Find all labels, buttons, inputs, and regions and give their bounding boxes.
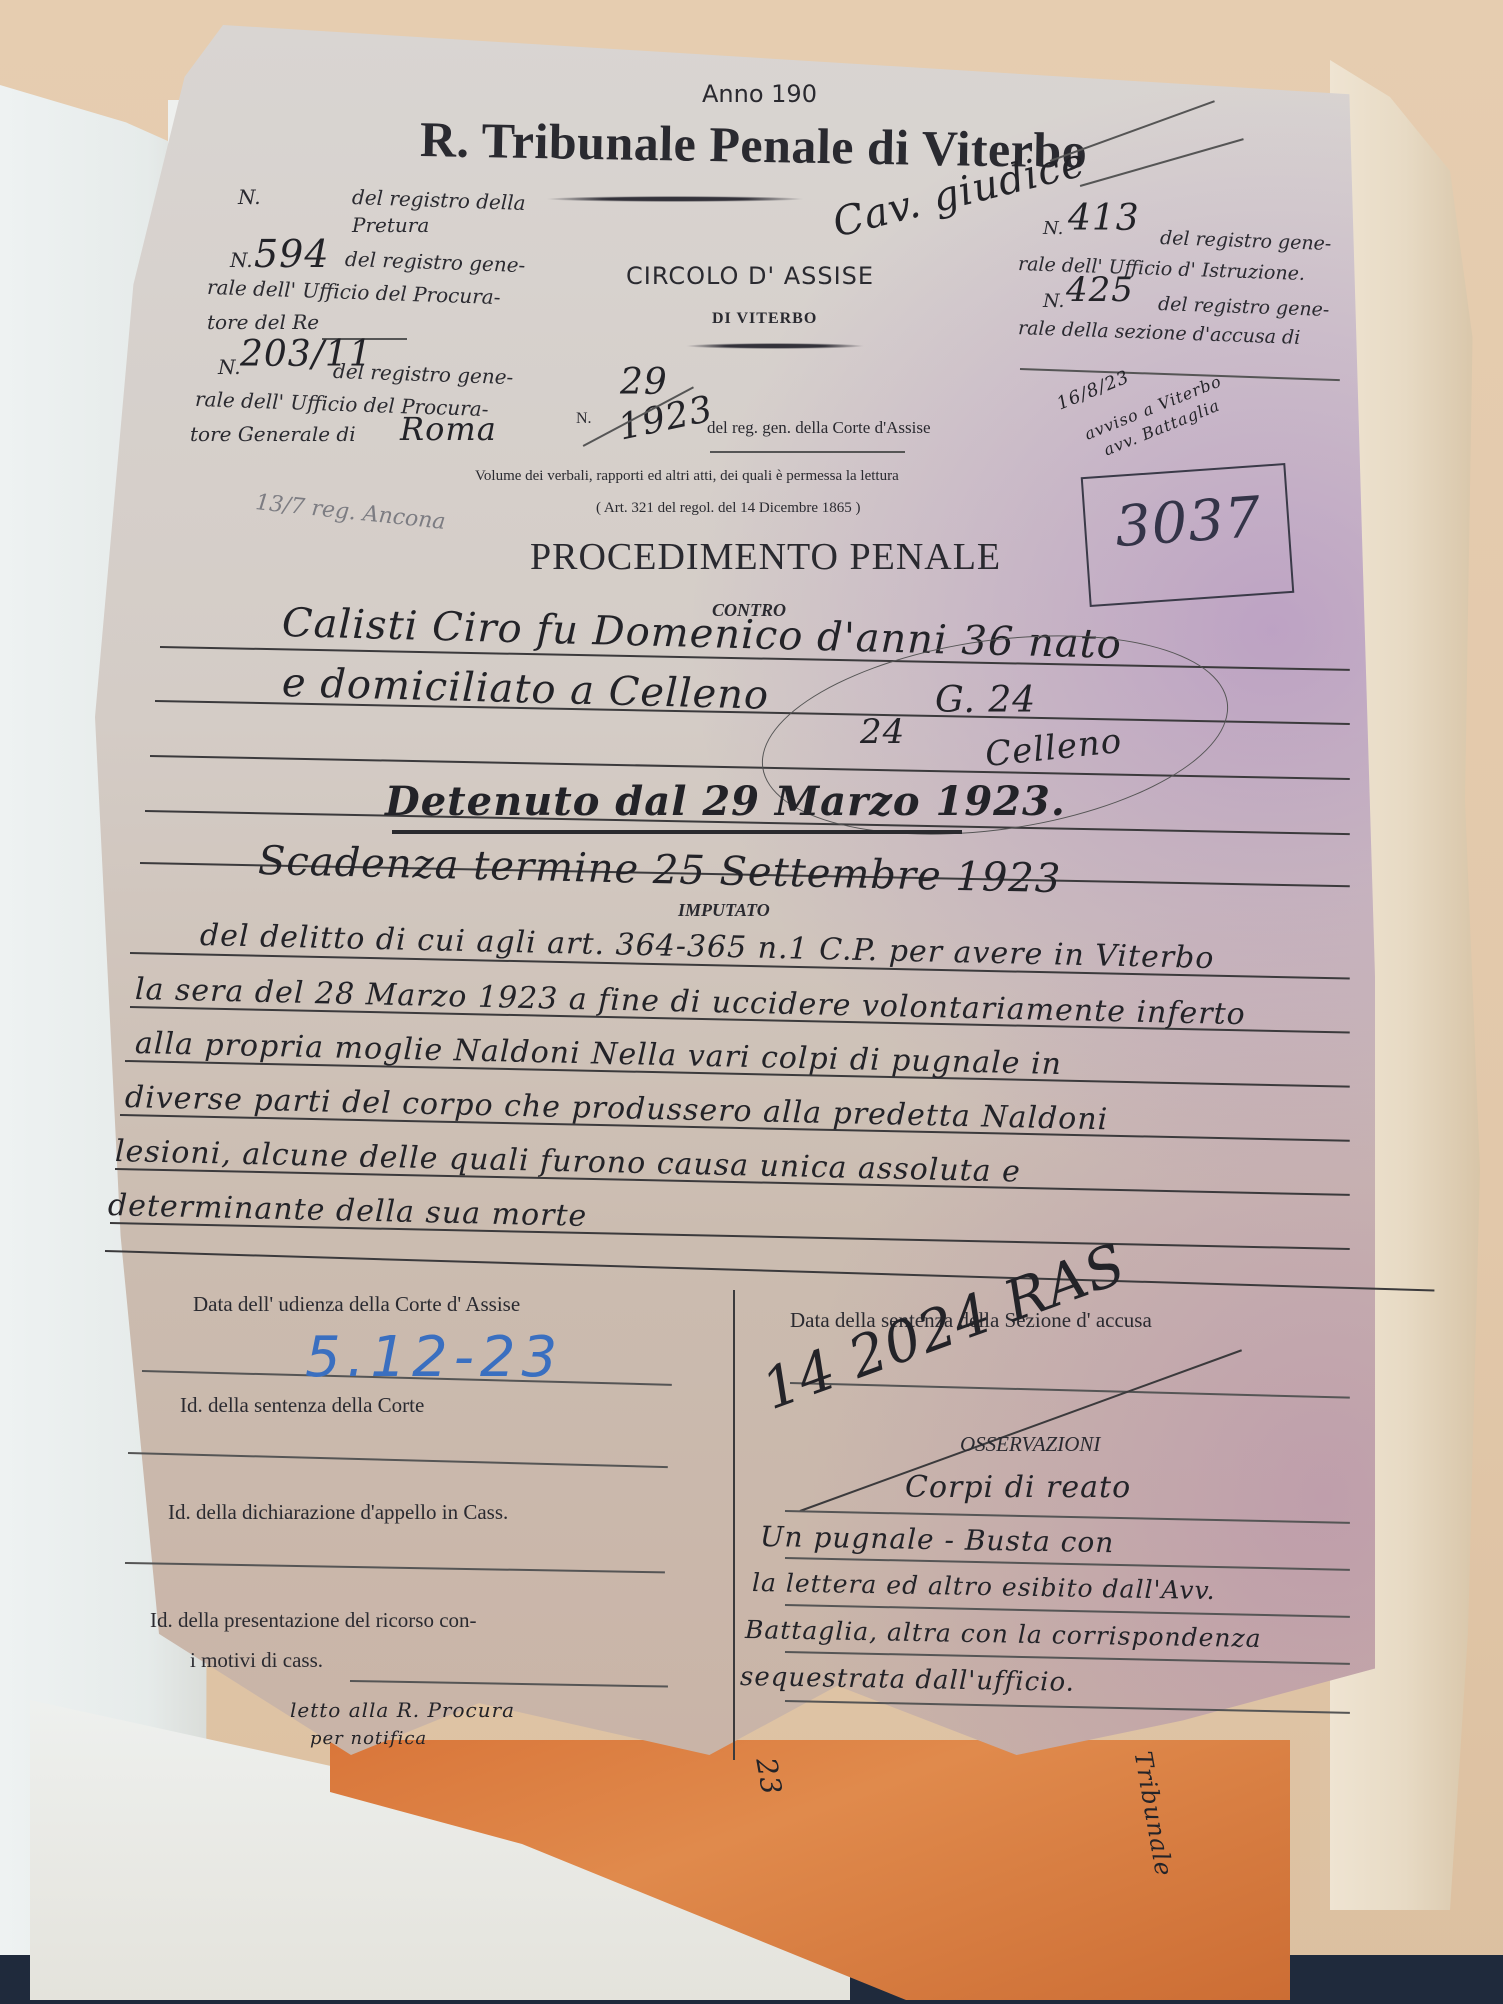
left-registry-line2: Pretura xyxy=(352,213,429,237)
right-registry-n1: N. xyxy=(1043,218,1063,239)
procura-city-roma: Roma xyxy=(400,410,497,448)
procedimento-title: PROCEDIMENTO PENALE xyxy=(530,535,1001,579)
left-note-line1: letto alla R. Procura xyxy=(290,1698,515,1722)
registry-number-425: 425 xyxy=(1066,270,1134,310)
osservazioni-label: OSSERVAZIONI xyxy=(960,1432,1100,1457)
right-registry-n2: N. xyxy=(1043,290,1064,312)
osservazioni-line-5: sequestrata dall'ufficio. xyxy=(740,1662,1075,1698)
osservazioni-line-1: Corpi di reato xyxy=(905,1470,1131,1505)
left-note-line2: per notifica xyxy=(310,1728,427,1749)
notice-line2: ( Art. 321 del regol. del 14 Dicembre 18… xyxy=(596,500,861,517)
center-registry-text: del reg. gen. della Corte d'Assise xyxy=(707,418,931,438)
detenuto-line: Detenuto dal 29 Marzo 1923. xyxy=(385,778,1066,825)
appello-label: Id. della dichiarazione d'appello in Cas… xyxy=(168,1500,508,1525)
anno-label: Anno 190 xyxy=(702,80,817,108)
udienza-date: 5.12-23 xyxy=(305,1325,563,1390)
left-registry-n1: N. xyxy=(238,185,261,209)
circled-note-1: G. 24 xyxy=(935,680,1036,721)
ornament-divider xyxy=(685,343,865,349)
di-viterbo-label: DI VITERBO xyxy=(712,310,817,328)
left-registry-line8: tore Generale di xyxy=(190,422,356,446)
orange-note-number: 23 xyxy=(749,1755,788,1798)
circolo-assise-label: CIRCOLO D' ASSISE xyxy=(626,262,874,290)
ricorso-label-1: Id. della presentazione del ricorso con- xyxy=(150,1608,477,1633)
osservazioni-line-2: Un pugnale - Busta con xyxy=(760,1520,1115,1559)
center-registry-value-top: 29 xyxy=(620,362,668,403)
center-registry-n: N. xyxy=(576,410,592,428)
notice-line1: Volume dei verbali, rapporti ed altri at… xyxy=(475,468,899,485)
registry-number-594: 594 xyxy=(254,232,330,276)
underline xyxy=(710,451,905,453)
orange-note-tribunale: Tribunale xyxy=(1129,1749,1179,1879)
sentenza-corte-label: Id. della sentenza della Corte xyxy=(180,1393,424,1418)
detenuto-underline xyxy=(392,830,962,834)
registry-number-413: 413 xyxy=(1068,198,1140,239)
form-column-divider xyxy=(733,1290,735,1760)
imputato-label: IMPUTATO xyxy=(678,900,770,921)
left-registry-n3: N. xyxy=(218,355,241,379)
ornament-divider xyxy=(545,196,805,202)
udienza-label: Data dell' udienza della Corte d' Assise xyxy=(193,1292,520,1317)
left-registry-n2: N. xyxy=(230,248,253,272)
box-number: 3037 xyxy=(1113,485,1264,560)
circled-note-2: 24 xyxy=(860,712,905,752)
left-registry-line5: tore del Re xyxy=(207,310,319,334)
ricorso-label-2: i motivi di cass. xyxy=(190,1648,323,1673)
